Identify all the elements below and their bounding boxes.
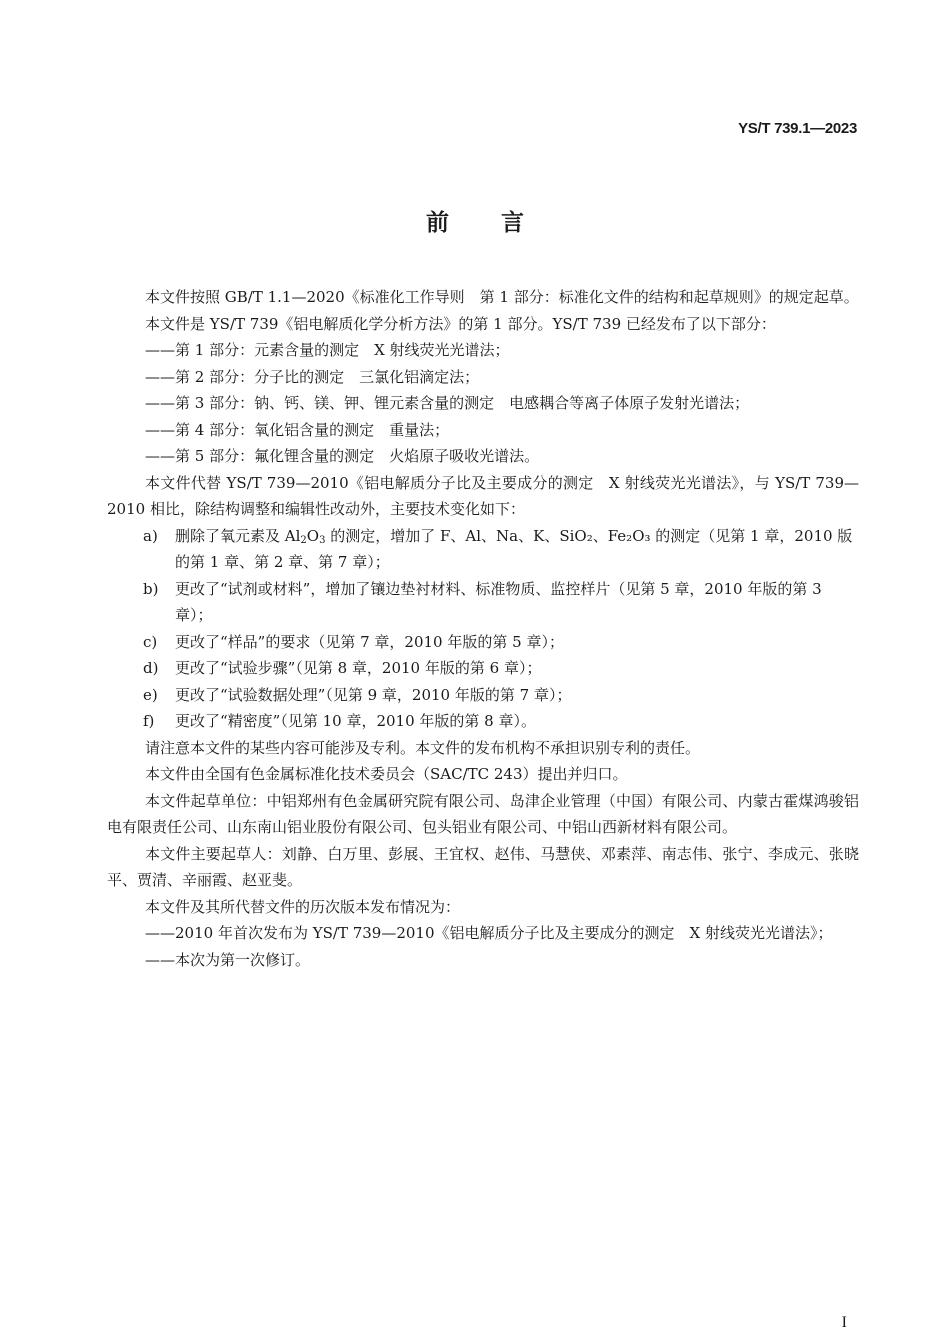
change-label: a)	[143, 523, 175, 576]
paragraph-replaces: 本文件代替 YS/T 739—2010《铝电解质分子比及主要成分的测定 X 射线…	[107, 470, 859, 523]
change-text: 删除了氧元素及 Al2O3 的测定，增加了 F、Al、Na、K、SiO₂、Fe₂…	[175, 523, 859, 576]
page-title: 前言	[0, 204, 950, 237]
change-label: c)	[143, 629, 175, 656]
title-char-2: 言	[501, 204, 524, 237]
title-char-1: 前	[426, 204, 449, 237]
change-item-c: c) 更改了“样品”的要求（见第 7 章，2010 年版的第 5 章）；	[107, 629, 859, 656]
history-item: ——本次为第一次修订。	[107, 947, 859, 974]
change-text: 更改了“样品”的要求（见第 7 章，2010 年版的第 5 章）；	[175, 629, 859, 656]
change-text: 更改了“试剂或材料”，增加了镶边垫衬材料、标准物质、监控样片（见第 5 章，20…	[175, 576, 859, 629]
history-item: ——2010 年首次发布为 YS/T 739—2010《铝电解质分子比及主要成分…	[107, 920, 859, 947]
part-item: ——第 3 部分：钠、钙、镁、钾、锂元素含量的测定 电感耦合等离子体原子发射光谱…	[107, 390, 859, 417]
paragraph-drafters: 本文件主要起草人：刘静、白万里、彭展、王宜权、赵伟、马慧侠、邓素萍、南志伟、张宁…	[107, 841, 859, 894]
change-item-f: f) 更改了“精密度”（见第 10 章，2010 年版的第 8 章）。	[107, 708, 859, 735]
paragraph-committee: 本文件由全国有色金属标准化技术委员会（SAC/TC 243）提出并归口。	[107, 761, 859, 788]
paragraph-drafting-units: 本文件起草单位：中铝郑州有色金属研究院有限公司、岛津企业管理（中国）有限公司、内…	[107, 788, 859, 841]
paragraph-patent-notice: 请注意本文件的某些内容可能涉及专利。本文件的发布机构不承担识别专利的责任。	[107, 735, 859, 762]
part-item: ——第 5 部分：氟化锂含量的测定 火焰原子吸收光谱法。	[107, 443, 859, 470]
change-label: e)	[143, 682, 175, 709]
change-item-e: e) 更改了“试验数据处理”（见第 9 章，2010 年版的第 7 章）；	[107, 682, 859, 709]
paragraph-history-intro: 本文件及其所代替文件的历次版本发布情况为：	[107, 894, 859, 921]
change-text: 更改了“试验步骤”（见第 8 章，2010 年版的第 6 章）；	[175, 655, 859, 682]
part-item: ——第 1 部分：元素含量的测定 X 射线荧光光谱法；	[107, 337, 859, 364]
change-label: f)	[143, 708, 175, 735]
change-text: 更改了“试验数据处理”（见第 9 章，2010 年版的第 7 章）；	[175, 682, 859, 709]
paragraph-drafting-rules: 本文件按照 GB/T 1.1—2020《标准化工作导则 第 1 部分：标准化文件…	[107, 284, 859, 311]
change-text: 更改了“精密度”（见第 10 章，2010 年版的第 8 章）。	[175, 708, 859, 735]
change-item-d: d) 更改了“试验步骤”（见第 8 章，2010 年版的第 6 章）；	[107, 655, 859, 682]
paragraph-series-intro: 本文件是 YS/T 739《铝电解质化学分析方法》的第 1 部分。YS/T 73…	[107, 311, 859, 338]
foreword-body: 本文件按照 GB/T 1.1—2020《标准化工作导则 第 1 部分：标准化文件…	[107, 284, 859, 973]
part-item: ——第 4 部分：氧化铝含量的测定 重量法；	[107, 417, 859, 444]
part-item: ——第 2 部分：分子比的测定 三氯化铝滴定法；	[107, 364, 859, 391]
change-item-b: b) 更改了“试剂或材料”，增加了镶边垫衬材料、标准物质、监控样片（见第 5 章…	[107, 576, 859, 629]
change-label: d)	[143, 655, 175, 682]
standard-code: YS/T 739.1—2023	[738, 120, 857, 137]
page-number: I	[842, 1314, 847, 1332]
change-label: b)	[143, 576, 175, 629]
change-item-a: a) 删除了氧元素及 Al2O3 的测定，增加了 F、Al、Na、K、SiO₂、…	[107, 523, 859, 576]
